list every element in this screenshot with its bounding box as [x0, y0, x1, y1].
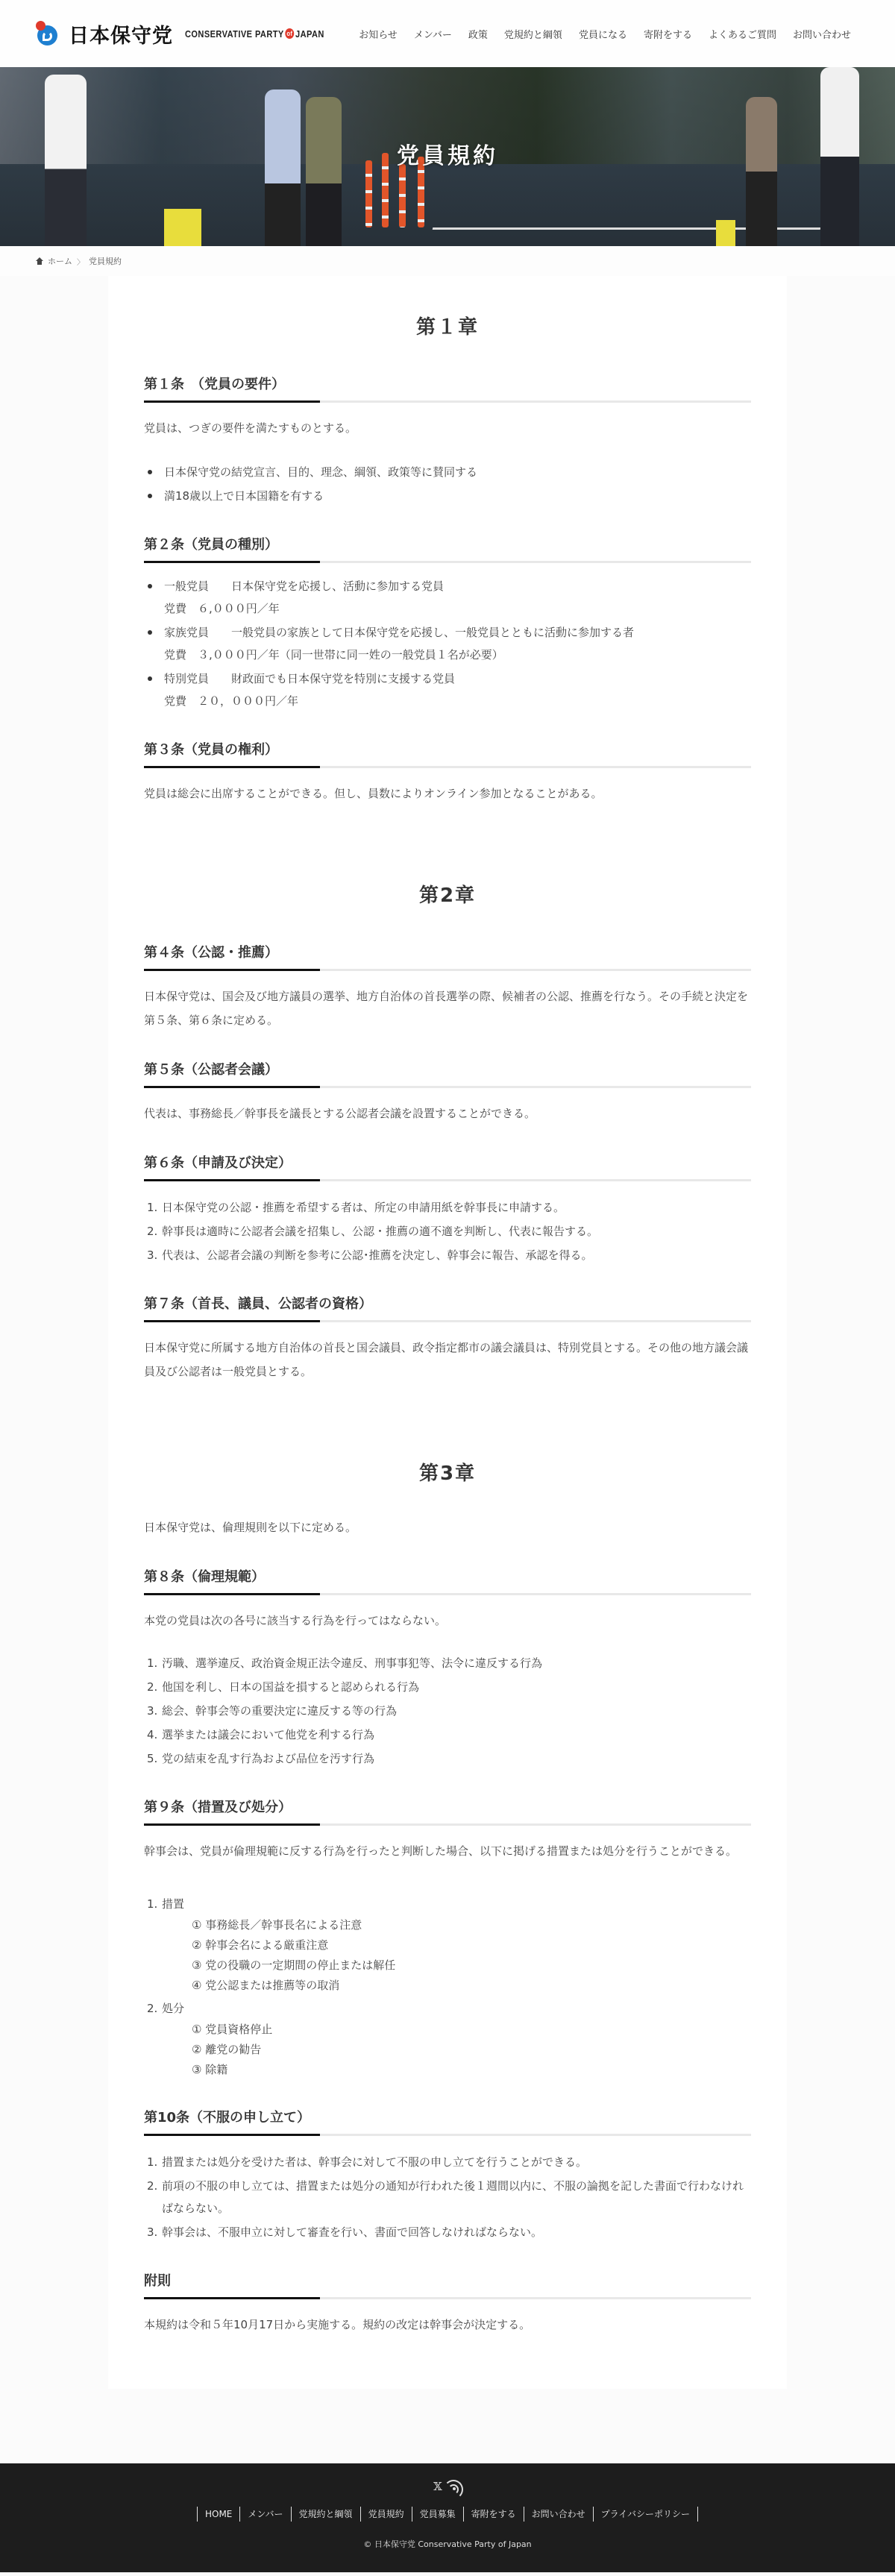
- chapter-2-title: 第2章: [144, 880, 751, 908]
- nav-members[interactable]: メンバー: [406, 27, 460, 41]
- supplementary-text: 本規約は令和５年10月17日から実施する。規約の改定は幹事会が決定する。: [144, 2313, 751, 2337]
- list-item: 特別党員 財政面でも日本保守党を特別に支援する党員 党費 ２０，０００円／年: [144, 667, 751, 712]
- article-8-heading: 第８条（倫理規範）: [144, 1566, 751, 1595]
- hero-photo-pedestrian: [306, 97, 342, 246]
- article-8-intro: 本党の党員は次の各号に該当する行為を行ってはならない。: [144, 1609, 751, 1633]
- article-6-heading: 第６条（申請及び決定）: [144, 1152, 751, 1181]
- article-9-heading: 第９条（措置及び処分）: [144, 1797, 751, 1826]
- list-item: 2.幹事長は適時に公認者会議を招集し、公認・推薦の適不適を判断し、代表に報告する…: [147, 1220, 751, 1243]
- article-6-list: 1.日本保守党の公認・推薦を希望する者は、所定の申請用紙を幹事長に申請する。 2…: [144, 1196, 751, 1266]
- article-5-heading: 第５条（公認者会議）: [144, 1059, 751, 1088]
- article-7-heading: 第７条（首長、議員、公認者の資格）: [144, 1293, 751, 1322]
- article-4-heading: 第４条（公認・推薦）: [144, 942, 751, 971]
- rss-icon[interactable]: [453, 2481, 462, 2490]
- nav-rules-platform[interactable]: 党規約と綱領: [496, 27, 571, 41]
- chapter-1-title: 第１章: [144, 312, 751, 339]
- article-9-intro: 幹事会は、党員が倫理規範に反する行為を行ったと判断した場合、以下に掲げる措置また…: [144, 1839, 751, 1863]
- footer-link-donate[interactable]: 寄附をする: [463, 2507, 524, 2522]
- list-item: 5.党の結束を乱す行為および品位を汚す行為: [147, 1747, 751, 1770]
- footer-link-home[interactable]: HOME: [197, 2507, 239, 2522]
- list-item: 3.幹事会は、不服申立に対して審査を行い、書面で回答しなければならない。: [147, 2221, 751, 2243]
- supplementary-heading: 附則: [144, 2270, 751, 2299]
- article-10-list: 1.措置または処分を受けた者は、幹事会に対して不服の申し立てを行うことができる。…: [144, 2151, 751, 2243]
- social-links: 𝕏: [0, 2480, 895, 2493]
- list-item: 満18歳以上で日本国籍を有する: [144, 485, 751, 507]
- list-item: 1.日本保守党の公認・推薦を希望する者は、所定の申請用紙を幹事長に申請する。: [147, 1196, 751, 1219]
- article-1-list: 日本保守党の結党宣言、目的、理念、綱領、政策等に賛同する 満18歳以上で日本国籍…: [144, 461, 751, 507]
- site-header: 日本保守党 CONSERVATIVE PARTY of JAPAN お知らせ メ…: [0, 0, 895, 67]
- breadcrumb-home[interactable]: ホーム: [48, 255, 72, 267]
- logo-english-name: CONSERVATIVE PARTY of JAPAN: [185, 28, 324, 40]
- list-item: 3.代表は、公認者会議の判断を参考に公認･推薦を決定し、幹事会に報告、承認を得る…: [147, 1244, 751, 1266]
- list-item: 2.前項の不服の申し立ては、措置または処分の通知が行われた後１週間以内に、不服の…: [147, 2175, 751, 2220]
- nav-donate[interactable]: 寄附をする: [635, 27, 700, 41]
- article-3-heading: 第３条（党員の権利）: [144, 739, 751, 768]
- chapter-3-title: 第3章: [144, 1458, 751, 1486]
- party-logo-icon: [36, 21, 60, 46]
- footer-link-privacy[interactable]: プライバシーポリシー: [593, 2507, 698, 2522]
- article-4-text: 日本保守党は、国会及び地方議員の選挙、地方自治体の首長選挙の際、候補者の公認、推…: [144, 984, 751, 1032]
- article-9-list: 1.措置 ① 事務総長／幹事長名による注意 ② 幹事会名による厳重注意 ③ 党の…: [144, 1893, 751, 2080]
- nav-news[interactable]: お知らせ: [351, 27, 406, 41]
- article-7-text: 日本保守党に所属する地方自治体の首長と国会議員、政令指定都市の議会議員は、特別党…: [144, 1336, 751, 1383]
- article-1-intro: 党員は、つぎの要件を満たすものとする。: [144, 416, 751, 440]
- hero-banner: 党員規約: [0, 67, 895, 246]
- article-8-list: 1.汚職、選挙違反、政治資金規正法令違反、刑事事犯等、法令に違反する行為 2.他…: [144, 1652, 751, 1770]
- footer-link-members[interactable]: メンバー: [239, 2507, 290, 2522]
- list-item: 家族党員 一般党員の家族として日本保守党を応援し、一般党員とともに活動に参加する…: [144, 621, 751, 666]
- article-3-text: 党員は総会に出席することができる。但し、員数によりオンライン参加となることがある…: [144, 782, 751, 805]
- chapter-3-intro: 日本保守党は、倫理規則を以下に定める。: [144, 1515, 751, 1539]
- hero-photo-official: [746, 97, 777, 246]
- nav-join[interactable]: 党員になる: [571, 27, 635, 41]
- list-item: 4.選挙または議会において他党を利する行為: [147, 1724, 751, 1746]
- logo-japanese-name: 日本保守党: [69, 19, 173, 48]
- home-icon: [36, 257, 43, 265]
- nav-faq[interactable]: よくあるご質問: [700, 27, 785, 41]
- breadcrumb-current: 党員規約: [89, 255, 122, 267]
- chevron-right-icon: 〉: [77, 256, 84, 267]
- list-item-measures: 1.措置 ① 事務総長／幹事長名による注意 ② 幹事会名による厳重注意 ③ 党の…: [147, 1893, 751, 1996]
- site-footer: 𝕏 HOME メンバー 党規約と綱領 党員規約 党員募集 寄附をする お問い合わ…: [0, 2463, 895, 2572]
- list-item: 1.措置または処分を受けた者は、幹事会に対して不服の申し立てを行うことができる。: [147, 2151, 751, 2173]
- article-10-heading: 第10条（不服の申し立て）: [144, 2107, 751, 2136]
- nav-contact[interactable]: お問い合わせ: [785, 27, 859, 41]
- article-2-heading: 第２条（党員の種別）: [144, 534, 751, 563]
- page-title: 党員規約: [0, 137, 895, 170]
- footer-link-member-rules[interactable]: 党員規約: [360, 2507, 412, 2522]
- list-item-sanctions: 2.処分 ① 党員資格停止 ② 離党の勧告 ③ 除籍: [147, 1997, 751, 2080]
- site-logo[interactable]: 日本保守党 CONSERVATIVE PARTY of JAPAN: [36, 19, 349, 48]
- footer-link-rules-platform[interactable]: 党規約と綱領: [291, 2507, 360, 2522]
- breadcrumb: ホーム 〉 党員規約: [0, 246, 895, 276]
- content-area: 第１章 第１条 （党員の要件） 党員は、つぎの要件を満たすものとする。 日本保守…: [0, 276, 895, 2463]
- x-twitter-icon[interactable]: 𝕏: [433, 2480, 442, 2493]
- list-item: 1.汚職、選挙違反、政治資金規正法令違反、刑事事犯等、法令に違反する行為: [147, 1652, 751, 1674]
- main-nav: お知らせ メンバー 政策 党規約と綱領 党員になる 寄附をする よくあるご質問 …: [351, 27, 859, 41]
- footer-link-contact[interactable]: お問い合わせ: [524, 2507, 593, 2522]
- article-5-text: 代表は、事務総長／幹事長を議長とする公認者会議を設置することができる。: [144, 1102, 751, 1125]
- nav-policy[interactable]: 政策: [460, 27, 496, 41]
- article-2-list: 一般党員 日本保守党を応援し、活動に参加する党員 党費 ６,０００円／年 家族党…: [144, 575, 751, 712]
- list-item: 2.他国を利し、日本の国益を損すると認められる行為: [147, 1676, 751, 1698]
- footer-nav: HOME メンバー 党規約と綱領 党員規約 党員募集 寄附をする お問い合わせ …: [0, 2507, 895, 2522]
- rules-article: 第１章 第１条 （党員の要件） 党員は、つぎの要件を満たすものとする。 日本保守…: [108, 276, 787, 2389]
- list-item: 日本保守党の結党宣言、目的、理念、綱領、政策等に賛同する: [144, 461, 751, 483]
- footer-link-recruitment[interactable]: 党員募集: [412, 2507, 463, 2522]
- list-item: 一般党員 日本保守党を応援し、活動に参加する党員 党費 ６,０００円／年: [144, 575, 751, 620]
- list-item: 3.総会、幹事会等の重要決定に違反する等の行為: [147, 1700, 751, 1722]
- copyright: © 日本保守党 Conservative Party of Japan: [0, 2538, 895, 2550]
- article-1-heading: 第１条 （党員の要件）: [144, 374, 751, 403]
